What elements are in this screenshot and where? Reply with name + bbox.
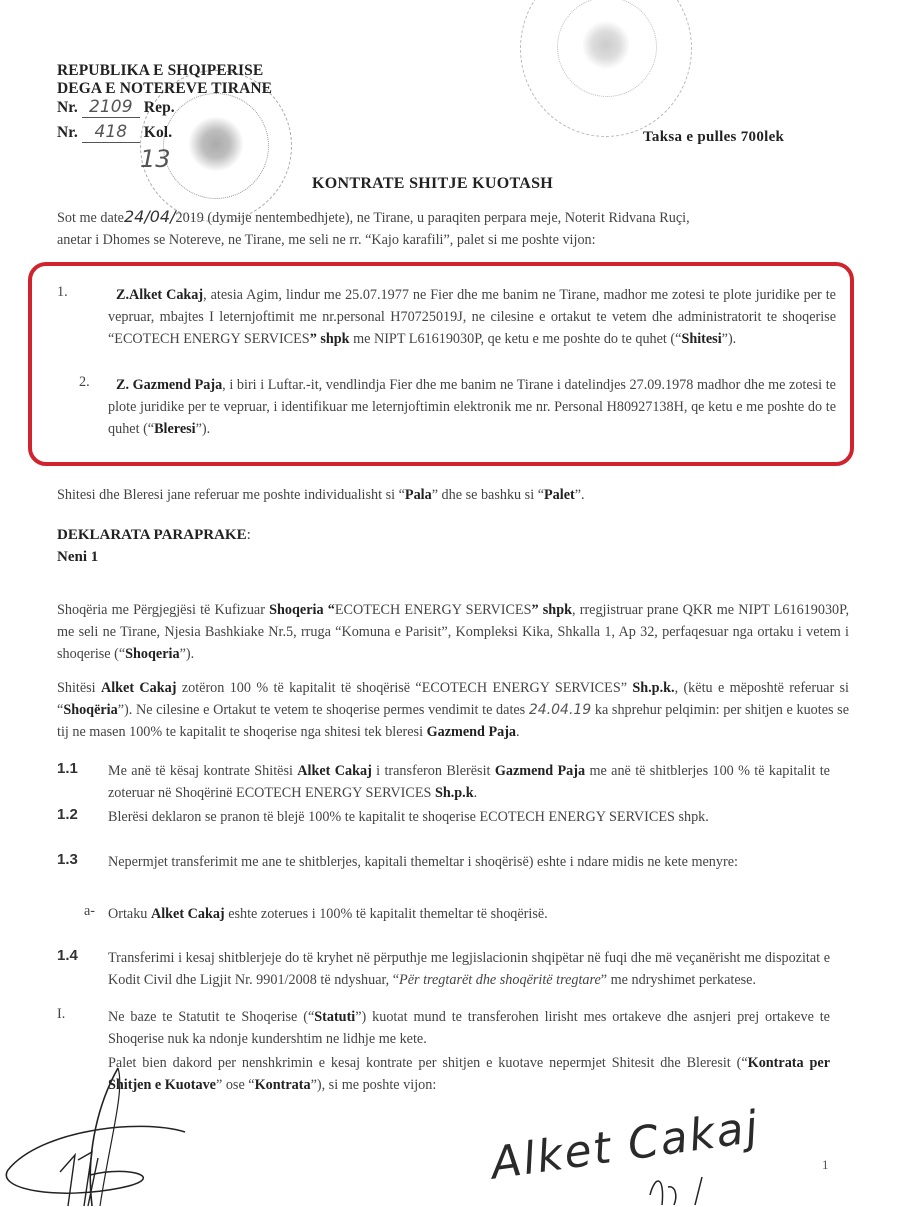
nr-rep-value: 2109 xyxy=(82,97,140,118)
closing-t3: ”), si me poshte vijon: xyxy=(311,1077,437,1093)
company-b3: Shoqeria xyxy=(125,646,179,662)
sub-b1: Alket Cakaj xyxy=(151,906,225,922)
company-name: ECOTECH ENERGY SERVICES xyxy=(335,602,532,618)
clause-1-2-text: Blerësi deklaron se pranon të blejë 100%… xyxy=(108,806,830,828)
term-pala: Pala xyxy=(405,487,432,503)
party-2-paragraph: Z. Gazmend Paja, i biri i Luftar.-it, ve… xyxy=(108,374,836,440)
party-1-number: 1. xyxy=(57,284,68,301)
party-1-text2: me NIPT L61619030P, qe ketu e me poshte … xyxy=(350,331,682,347)
intro-paragraph: Sot me date24/04/2019 (dymije nentembedh… xyxy=(57,206,849,251)
company-t4: ”). xyxy=(180,646,195,662)
nr-kol-label: Nr. xyxy=(57,124,78,141)
own-b4: Gazmend Paja xyxy=(427,724,516,740)
c11-b1: Alket Cakaj xyxy=(297,763,372,779)
header-notary-branch: DEGA E NOTEREVE TIRANE xyxy=(57,80,272,98)
own-t4: ”). Ne cilesine e Ortakut te vetem te sh… xyxy=(118,702,529,718)
clause-1-3-number: 1.3 xyxy=(57,851,78,868)
subclause-text: Ortaku Alket Cakaj eshte zoterues i 100%… xyxy=(108,903,830,925)
ownership-paragraph: Shitësi Alket Cakaj zotëron 100 % të kap… xyxy=(57,677,849,743)
signature-right-flourish xyxy=(640,1165,720,1207)
article-heading: Neni 1 xyxy=(57,549,98,566)
clause-1-2-number: 1.2 xyxy=(57,806,78,823)
own-b3: Shoqëria xyxy=(63,702,117,718)
own-t6: . xyxy=(516,724,520,740)
own-b1: Alket Cakaj xyxy=(101,680,177,696)
subclause-label: a- xyxy=(84,903,95,920)
own-b2: Sh.p.k. xyxy=(632,680,674,696)
eagle-emblem-icon xyxy=(583,19,629,71)
signature-right: Alket Cakaj xyxy=(488,1101,763,1189)
party-1-end: ”). xyxy=(722,331,737,347)
notary-stamp-right xyxy=(520,0,692,137)
c11-b2: Gazmend Paja xyxy=(495,763,585,779)
intro-text: 2019 (dymije nentembedhjete), ne Tirane,… xyxy=(175,210,689,226)
party-2-name: Z. Gazmend Paja xyxy=(116,377,222,393)
clause-1-3-text: Nepermjet transferimit me ane te shitble… xyxy=(108,851,830,873)
nr-rep-label: Nr. xyxy=(57,99,78,116)
referral-paragraph: Shitesi dhe Bleresi jane referuar me pos… xyxy=(57,484,849,506)
handwritten-date: 24/04/ xyxy=(124,207,176,226)
nr-rep-suffix: Rep. xyxy=(144,99,175,116)
signature-left xyxy=(0,1060,240,1207)
clause-1-4-text: Transferimi i kesaj shitblerjeje do të k… xyxy=(108,947,830,991)
referral-text2: ” dhe se bashku si “ xyxy=(432,487,544,503)
header-nr-kol: Nr. 418 Kol. xyxy=(57,122,172,143)
closing-b2: Kontrata xyxy=(255,1077,311,1093)
intro-line2: anetar i Dhomes se Notereve, ne Tirane, … xyxy=(57,232,596,248)
cI-b1: Statuti xyxy=(314,1009,355,1025)
party-2-number: 2. xyxy=(79,374,90,391)
eagle-emblem-icon xyxy=(189,115,243,173)
company-b2: ” shpk xyxy=(532,602,572,618)
own-t2: zotëron 100 % të kapitalit të shoqërisë … xyxy=(176,680,632,696)
clause-I-number: I. xyxy=(57,1006,65,1023)
sub-t2: eshte zoterues i 100% të kapitalit theme… xyxy=(225,906,548,922)
party-2-role: Bleresi xyxy=(154,421,196,437)
c11-t2: i transferon Blerësit xyxy=(372,763,495,779)
section-heading-text: DEKLARATA PARAPRAKE xyxy=(57,527,247,543)
clause-1-4-number: 1.4 xyxy=(57,947,78,964)
clause-1-1-text: Me anë të kësaj kontrate Shitësi Alket C… xyxy=(108,760,830,804)
term-palet: Palet xyxy=(544,487,575,503)
c14-t2: ” me ndryshimet perkatese. xyxy=(601,972,756,988)
company-t1: Shoqëria me Përgjegjësi të Kufizuar xyxy=(57,602,269,618)
intro-prefix: Sot me date xyxy=(57,210,124,226)
header-republic: REPUBLIKA E SHQIPERISE xyxy=(57,62,263,80)
cI-t1: Ne baze te Statutit te Shoqerise (“ xyxy=(108,1009,314,1025)
c11-b3: Sh.p.k xyxy=(435,785,474,801)
clause-1-1-number: 1.1 xyxy=(57,760,78,777)
tax-stamp-label: Taksa e pulles 700lek xyxy=(643,129,784,146)
c11-t1: Me anë të kësaj kontrate Shitësi xyxy=(108,763,297,779)
party-1-paragraph: Z.Alket Cakaj, atesia Agim, lindur me 25… xyxy=(108,284,836,350)
party-2-end: ”). xyxy=(196,421,211,437)
section-heading: DEKLARATA PARAPRAKE: xyxy=(57,527,251,544)
c14-law-title: Për tregtarët dhe shoqëritë tregtare xyxy=(399,972,601,988)
own-t1: Shitësi xyxy=(57,680,101,696)
nr-kol-suffix: Kol. xyxy=(144,124,172,141)
party-1-role: Shitesi xyxy=(681,331,721,347)
c11-t4: . xyxy=(474,785,478,801)
handwritten-mark: 13 xyxy=(140,145,171,173)
company-paragraph: Shoqëria me Përgjegjësi të Kufizuar Shoq… xyxy=(57,599,849,665)
document-title: KONTRATE SHITJE KUOTASH xyxy=(312,175,553,193)
page-number: 1 xyxy=(822,1157,829,1173)
referral-text3: ”. xyxy=(575,487,585,503)
section-heading-colon: : xyxy=(247,527,251,543)
sub-t1: Ortaku xyxy=(108,906,151,922)
clause-I-text: Ne baze te Statutit te Shoqerise (“Statu… xyxy=(108,1006,830,1050)
party-1-shpk: ” shpk xyxy=(310,331,350,347)
handwritten-decision-date: 24.04.19 xyxy=(529,702,591,718)
party-1-name: Z.Alket Cakaj xyxy=(116,287,203,303)
header-nr-rep: Nr. 2109 Rep. xyxy=(57,97,175,118)
referral-text1: Shitesi dhe Bleresi jane referuar me pos… xyxy=(57,487,405,503)
company-b1: Shoqeria “ xyxy=(269,602,335,618)
nr-kol-value: 418 xyxy=(82,122,140,143)
